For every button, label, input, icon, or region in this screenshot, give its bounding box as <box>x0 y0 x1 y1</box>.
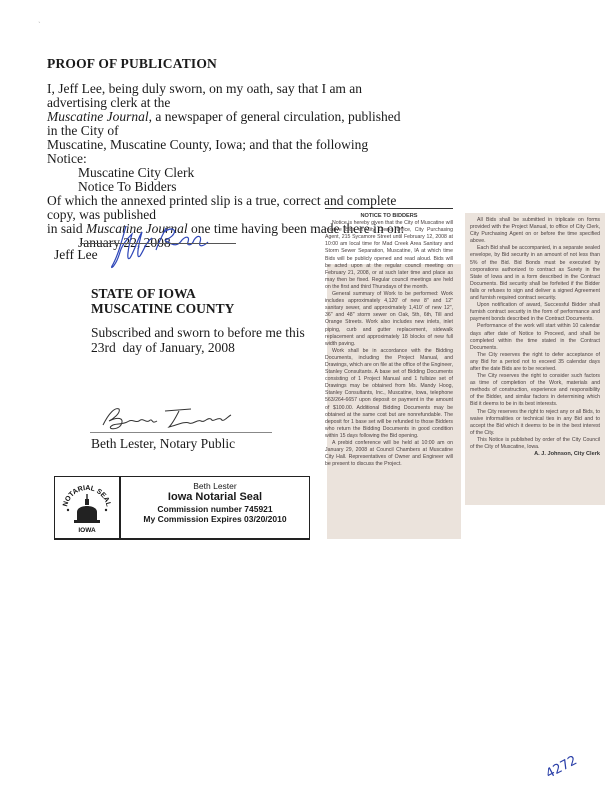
seal-text: Beth Lester Iowa Notarial Seal Commissio… <box>121 477 309 538</box>
notice-item: Notice To Bidders <box>47 180 407 194</box>
venue-county: MUSCATINE COUNTY <box>91 302 234 317</box>
newspaper-clipping-column-2: All Bids shall be submitted in triplicat… <box>465 213 605 505</box>
affidavit-line-1: I, Jeff Lee, being duly sworn, on my oat… <box>47 81 362 110</box>
beth-lester-signature <box>95 403 245 433</box>
clipping-signoff: A. J. Johnson, City Clerk <box>470 451 600 458</box>
clipping-paragraph: Work shall be in accordance with the Bid… <box>325 348 453 440</box>
scan-speck: ˏ <box>38 14 41 23</box>
notary-signature-line <box>90 432 272 433</box>
clipping-paragraph: General summary of Work to be performed:… <box>325 291 453 348</box>
clipping-paragraph: The City reserves the right to defer acc… <box>470 352 600 373</box>
document-title: PROOF OF PUBLICATION <box>47 56 217 72</box>
newspaper-clipping-column-1: NOTICE TO BIDDERS Notice is hereby given… <box>320 200 458 540</box>
clipping-heading: NOTICE TO BIDDERS <box>325 213 453 220</box>
handwritten-number: 4272 <box>543 753 579 782</box>
capitol-dome-icon: NOTARIAL SEAL IOWA <box>59 480 115 536</box>
notice-item: Muscatine City Clerk <box>47 166 407 180</box>
jurat-line-2: 23rd day of January, 2008 <box>91 341 305 356</box>
clipping-paragraph: All Bids shall be submitted in triplicat… <box>470 217 600 245</box>
clipping-paragraph: Performance of the work will start withi… <box>470 323 600 351</box>
seal-arc-bottom: IOWA <box>78 527 96 534</box>
clipping-paragraph: A prebid conference will be held at 10:0… <box>325 440 453 468</box>
jeff-lee-signature <box>108 222 218 272</box>
clipping-paragraph: Notice is hereby given that the City of … <box>325 220 453 291</box>
clipping-paragraph: The City reserves the right to reject an… <box>470 409 600 437</box>
venue: STATE OF IOWA MUSCATINE COUNTY <box>91 287 234 316</box>
affiant-name: Jeff Lee <box>54 247 98 263</box>
clipping-paragraph: Upon notification of award, Successful B… <box>470 302 600 323</box>
newspaper-name: Muscatine Journal <box>47 109 149 124</box>
notarial-seal-stamp: NOTARIAL SEAL IOWA Beth Lester Iowa Nota… <box>54 476 310 540</box>
seal-emblem: NOTARIAL SEAL IOWA <box>55 477 121 538</box>
seal-commission-number: Commission number 745921 <box>121 504 309 514</box>
clipping-rule <box>325 208 453 209</box>
jurat-line-1: Subscribed and sworn to before me this <box>91 326 305 341</box>
clipping-paragraph: The City reserves the right to consider … <box>470 373 600 408</box>
clipping-paragraph: Each Bid shall be accompanied, in a sepa… <box>470 245 600 302</box>
seal-commission-expiry: My Commission Expires 03/20/2010 <box>121 514 309 524</box>
notary-name: Beth Lester, Notary Public <box>91 436 235 452</box>
affidavit-line-3: Muscatine, Muscatine County, Iowa; and t… <box>47 137 368 166</box>
venue-state: STATE OF IOWA <box>91 287 234 302</box>
clipping-paragraph: This Notice is published by order of the… <box>470 437 600 451</box>
jurat: Subscribed and sworn to before me this 2… <box>91 326 305 355</box>
seal-title: Iowa Notarial Seal <box>121 491 309 504</box>
affidavit-line-5-pre: in said <box>47 221 86 236</box>
affiant-signature-line <box>80 243 236 244</box>
seal-notary-name: Beth Lester <box>121 481 309 491</box>
